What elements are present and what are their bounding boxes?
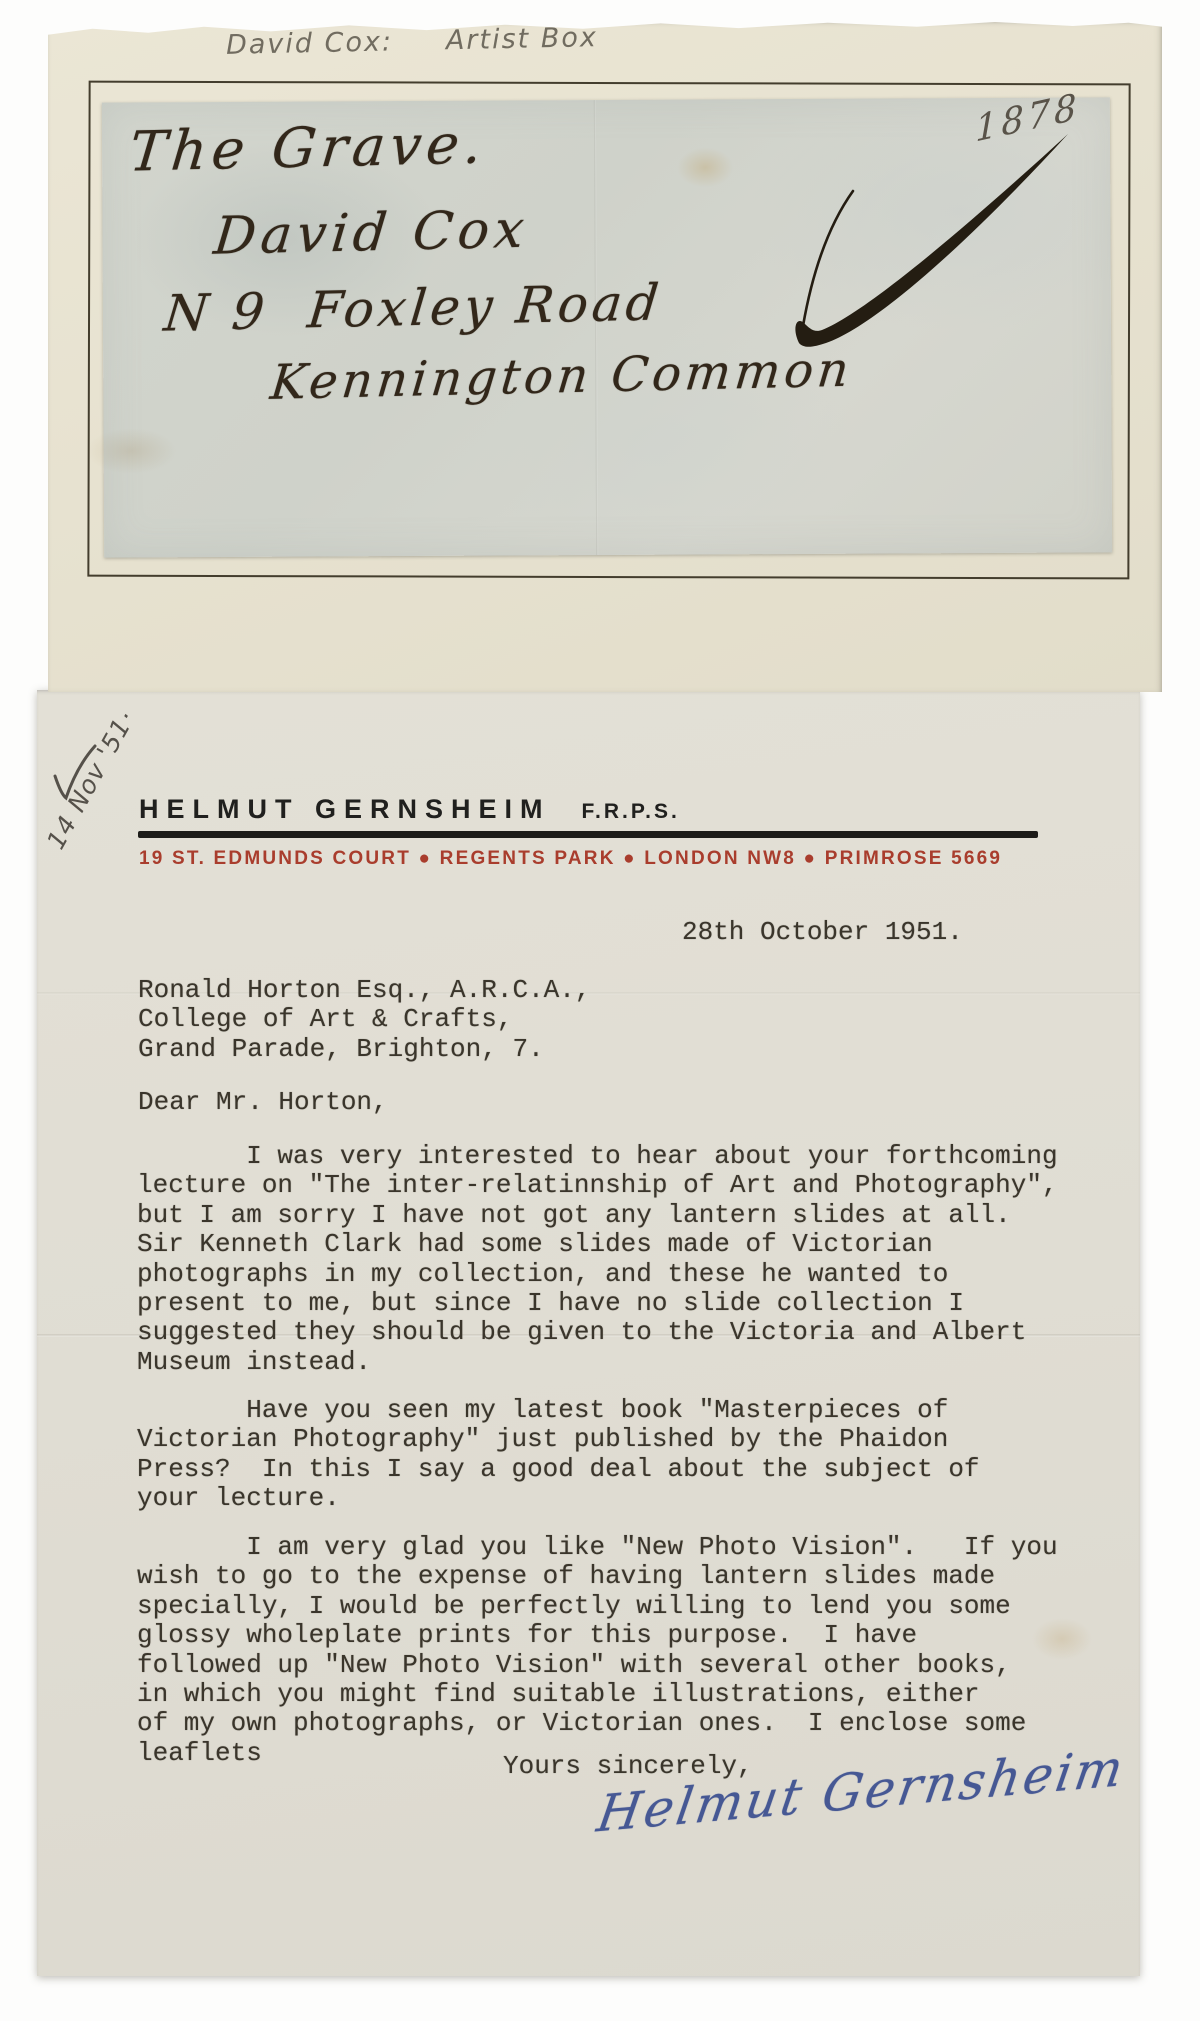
note-name-line: David Cox xyxy=(211,200,532,267)
typed-line: photographs in my collection, and these … xyxy=(137,1260,1058,1289)
letterhead-credentials xyxy=(551,794,582,824)
scanned-documents: David Cox: Artist Box The Grave. David C… xyxy=(0,0,1200,2021)
recipient-line: College of Art & Crafts, xyxy=(138,1005,590,1034)
letterhead-credentials-text: F.R.P.S. xyxy=(582,800,680,823)
note-district-line: Kennington Common xyxy=(268,342,855,411)
letterhead-rule xyxy=(138,831,1038,838)
letter-paragraph-2: Have you seen my latest book "Masterpiec… xyxy=(137,1396,980,1514)
typed-line: glossy wholeplate prints for this purpos… xyxy=(137,1621,1058,1650)
recipient-address-block: Ronald Horton Esq., A.R.C.A.,College of … xyxy=(138,976,590,1064)
note-title-line: The Grave. xyxy=(127,112,490,184)
letter-paragraph-1: I was very interested to hear about your… xyxy=(137,1142,1058,1377)
typed-line: your lecture. xyxy=(137,1484,980,1513)
artist-note-sheet: David Cox: Artist Box The Grave. David C… xyxy=(48,20,1162,692)
note-stain xyxy=(86,428,176,474)
typed-line: but I am sorry I have not got any lanter… xyxy=(137,1201,1058,1230)
recipient-line: Grand Parade, Brighton, 7. xyxy=(138,1035,590,1064)
typed-line: suggested they should be given to the Vi… xyxy=(137,1318,1058,1347)
typed-line: Press? In this I say a good deal about t… xyxy=(137,1455,980,1484)
pencil-heading: David Cox: Artist Box xyxy=(226,22,598,61)
typed-line: followed up "New Photo Vision" with seve… xyxy=(137,1651,1058,1680)
recipient-line: Ronald Horton Esq., A.R.C.A., xyxy=(138,976,590,1005)
typed-line: lecture on "The inter-relatinnship of Ar… xyxy=(137,1171,1058,1200)
typed-line: wish to go to the expense of having lant… xyxy=(137,1562,1058,1591)
typed-line: Victorian Photography" just published by… xyxy=(137,1425,980,1454)
typed-line: specially, I would be perfectly willing … xyxy=(137,1592,1058,1621)
ink-checkmark-icon xyxy=(780,128,1070,368)
typed-line: I am very glad you like "New Photo Visio… xyxy=(137,1533,1058,1562)
typed-line: Have you seen my latest book "Masterpiec… xyxy=(137,1396,980,1425)
letter-paragraph-3: I am very glad you like "New Photo Visio… xyxy=(137,1533,1058,1768)
paper-stain xyxy=(677,147,733,187)
typed-line: of my own photographs, or Victorian ones… xyxy=(137,1709,1058,1738)
salutation: Dear Mr. Horton, xyxy=(138,1088,388,1117)
typed-line: in which you might find suitable illustr… xyxy=(137,1680,1058,1709)
gernsheim-letter-sheet: 14 Nov '51· HELMUT GERNSHEIM F.R.P.S. 19… xyxy=(37,690,1140,1976)
letterhead-name: HELMUT GERNSHEIM F.R.P.S. xyxy=(139,794,680,825)
letterhead-address-line: 19 ST. EDMUNDS COURT ● REGENTS PARK ● LO… xyxy=(139,848,1002,870)
letterhead-name-text: HELMUT GERNSHEIM xyxy=(139,794,551,824)
typed-line: Sir Kenneth Clark had some slides made o… xyxy=(137,1230,1058,1259)
typed-line: present to me, but since I have no slide… xyxy=(137,1289,1058,1318)
note-road-line: N 9 Foxley Road xyxy=(162,273,666,342)
letter-date: 28th October 1951. xyxy=(682,918,963,947)
typed-line: I was very interested to hear about your… xyxy=(137,1142,1058,1171)
typed-line: Museum instead. xyxy=(137,1348,1058,1377)
